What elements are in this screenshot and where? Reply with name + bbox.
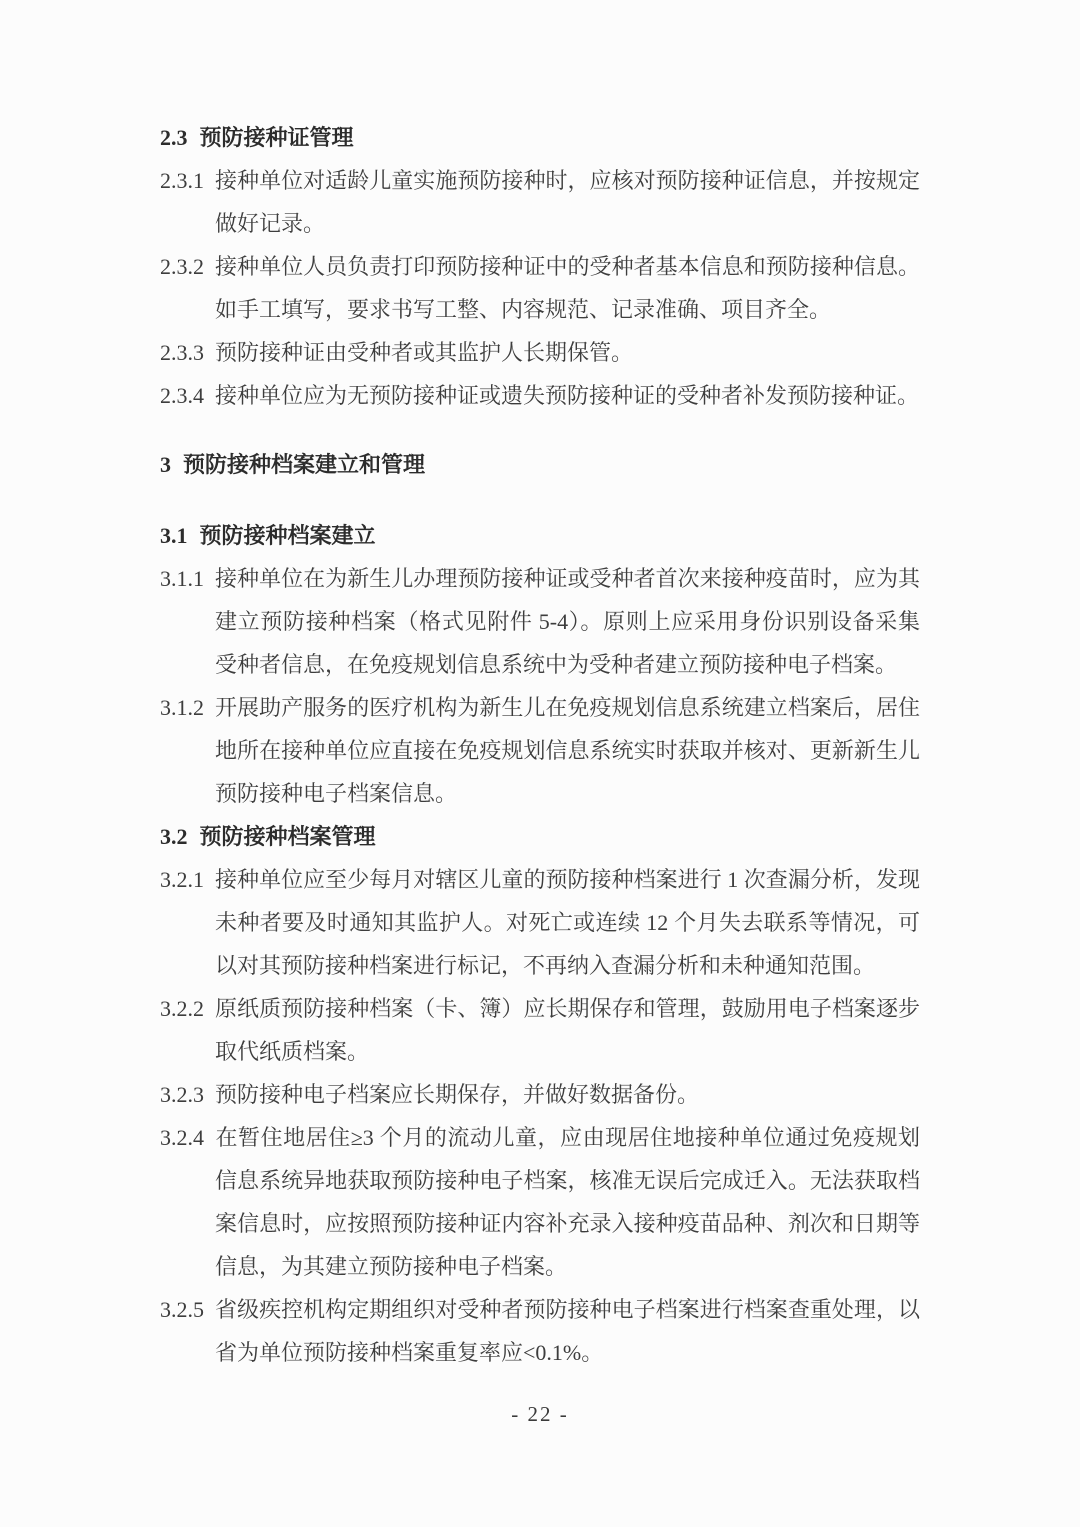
document-page: 2.3预防接种证管理2.3.1接种单位对适龄儿童实施预防接种时，应核对预防接种证… (0, 0, 1080, 1527)
numbered-item: 2.3.4接种单位应为无预防接种证或遗失预防接种证的受种者补发预防接种证。 (160, 374, 920, 417)
item-number: 3.2.4 (160, 1116, 215, 1159)
item-number: 3.2.2 (160, 987, 215, 1030)
item-number: 2.3.1 (160, 159, 215, 202)
item-text: 原纸质预防接种档案（卡、簿）应长期保存和管理，鼓励用电子档案逐步取代纸质档案。 (215, 996, 920, 1064)
section-heading: 3.1预防接种档案建立 (160, 514, 920, 557)
document-content: 2.3预防接种证管理2.3.1接种单位对适龄儿童实施预防接种时，应核对预防接种证… (160, 116, 920, 1374)
numbered-item: 3.1.2开展助产服务的医疗机构为新生儿在免疫规划信息系统建立档案后，居住地所在… (160, 686, 920, 815)
item-text: 预防接种档案建立和管理 (183, 452, 425, 477)
item-number: 2.3.3 (160, 331, 215, 374)
numbered-item: 3.2.1接种单位应至少每月对辖区儿童的预防接种档案进行 1 次查漏分析，发现未… (160, 858, 920, 987)
item-text: 接种单位应为无预防接种证或遗失预防接种证的受种者补发预防接种证。 (215, 383, 919, 408)
numbered-item: 3.2.3预防接种电子档案应长期保存，并做好数据备份。 (160, 1073, 920, 1116)
numbered-item: 2.3.3预防接种证由受种者或其监护人长期保管。 (160, 331, 920, 374)
item-number: 3.2 (160, 815, 188, 858)
chapter-heading: 3预防接种档案建立和管理 (160, 443, 920, 486)
item-text: 接种单位应至少每月对辖区儿童的预防接种档案进行 1 次查漏分析，发现未种者要及时… (215, 867, 920, 978)
item-number: 3.2.3 (160, 1073, 215, 1116)
item-text: 接种单位人员负责打印预防接种证中的受种者基本信息和预防接种信息。如手工填写，要求… (215, 254, 920, 322)
item-number: 3.1.1 (160, 557, 215, 600)
item-number: 2.3 (160, 116, 188, 159)
section-heading: 3.2预防接种档案管理 (160, 815, 920, 858)
item-number: 3 (160, 443, 171, 486)
item-number: 3.2.1 (160, 858, 215, 901)
section-heading: 2.3预防接种证管理 (160, 116, 920, 159)
item-number: 3.1.2 (160, 686, 215, 729)
numbered-item: 3.2.2原纸质预防接种档案（卡、簿）应长期保存和管理，鼓励用电子档案逐步取代纸… (160, 987, 920, 1073)
numbered-item: 3.2.4在暂住地居住≥3 个月的流动儿童，应由现居住地接种单位通过免疫规划信息… (160, 1116, 920, 1288)
item-text: 在暂住地居住≥3 个月的流动儿童，应由现居住地接种单位通过免疫规划信息系统异地获… (215, 1125, 920, 1279)
item-text: 省级疾控机构定期组织对受种者预防接种电子档案进行档案查重处理，以省为单位预防接种… (215, 1297, 920, 1365)
numbered-item: 3.2.5省级疾控机构定期组织对受种者预防接种电子档案进行档案查重处理，以省为单… (160, 1288, 920, 1374)
page-number: - 22 - (0, 1402, 1080, 1427)
numbered-item: 3.1.1接种单位在为新生儿办理预防接种证或受种者首次来接种疫苗时，应为其建立预… (160, 557, 920, 686)
item-text: 预防接种证由受种者或其监护人长期保管。 (215, 340, 633, 365)
item-number: 2.3.2 (160, 245, 215, 288)
item-text: 开展助产服务的医疗机构为新生儿在免疫规划信息系统建立档案后，居住地所在接种单位应… (215, 695, 920, 806)
item-number: 3.1 (160, 514, 188, 557)
item-text: 预防接种档案管理 (200, 824, 376, 849)
item-text: 预防接种电子档案应长期保存，并做好数据备份。 (215, 1082, 699, 1107)
numbered-item: 2.3.2接种单位人员负责打印预防接种证中的受种者基本信息和预防接种信息。如手工… (160, 245, 920, 331)
item-number: 2.3.4 (160, 374, 215, 417)
item-number: 3.2.5 (160, 1288, 215, 1331)
item-text: 预防接种证管理 (200, 125, 354, 150)
item-text: 预防接种档案建立 (200, 523, 376, 548)
item-text: 接种单位在为新生儿办理预防接种证或受种者首次来接种疫苗时，应为其建立预防接种档案… (215, 566, 920, 677)
numbered-item: 2.3.1接种单位对适龄儿童实施预防接种时，应核对预防接种证信息，并按规定做好记… (160, 159, 920, 245)
item-text: 接种单位对适龄儿童实施预防接种时，应核对预防接种证信息，并按规定做好记录。 (215, 168, 920, 236)
